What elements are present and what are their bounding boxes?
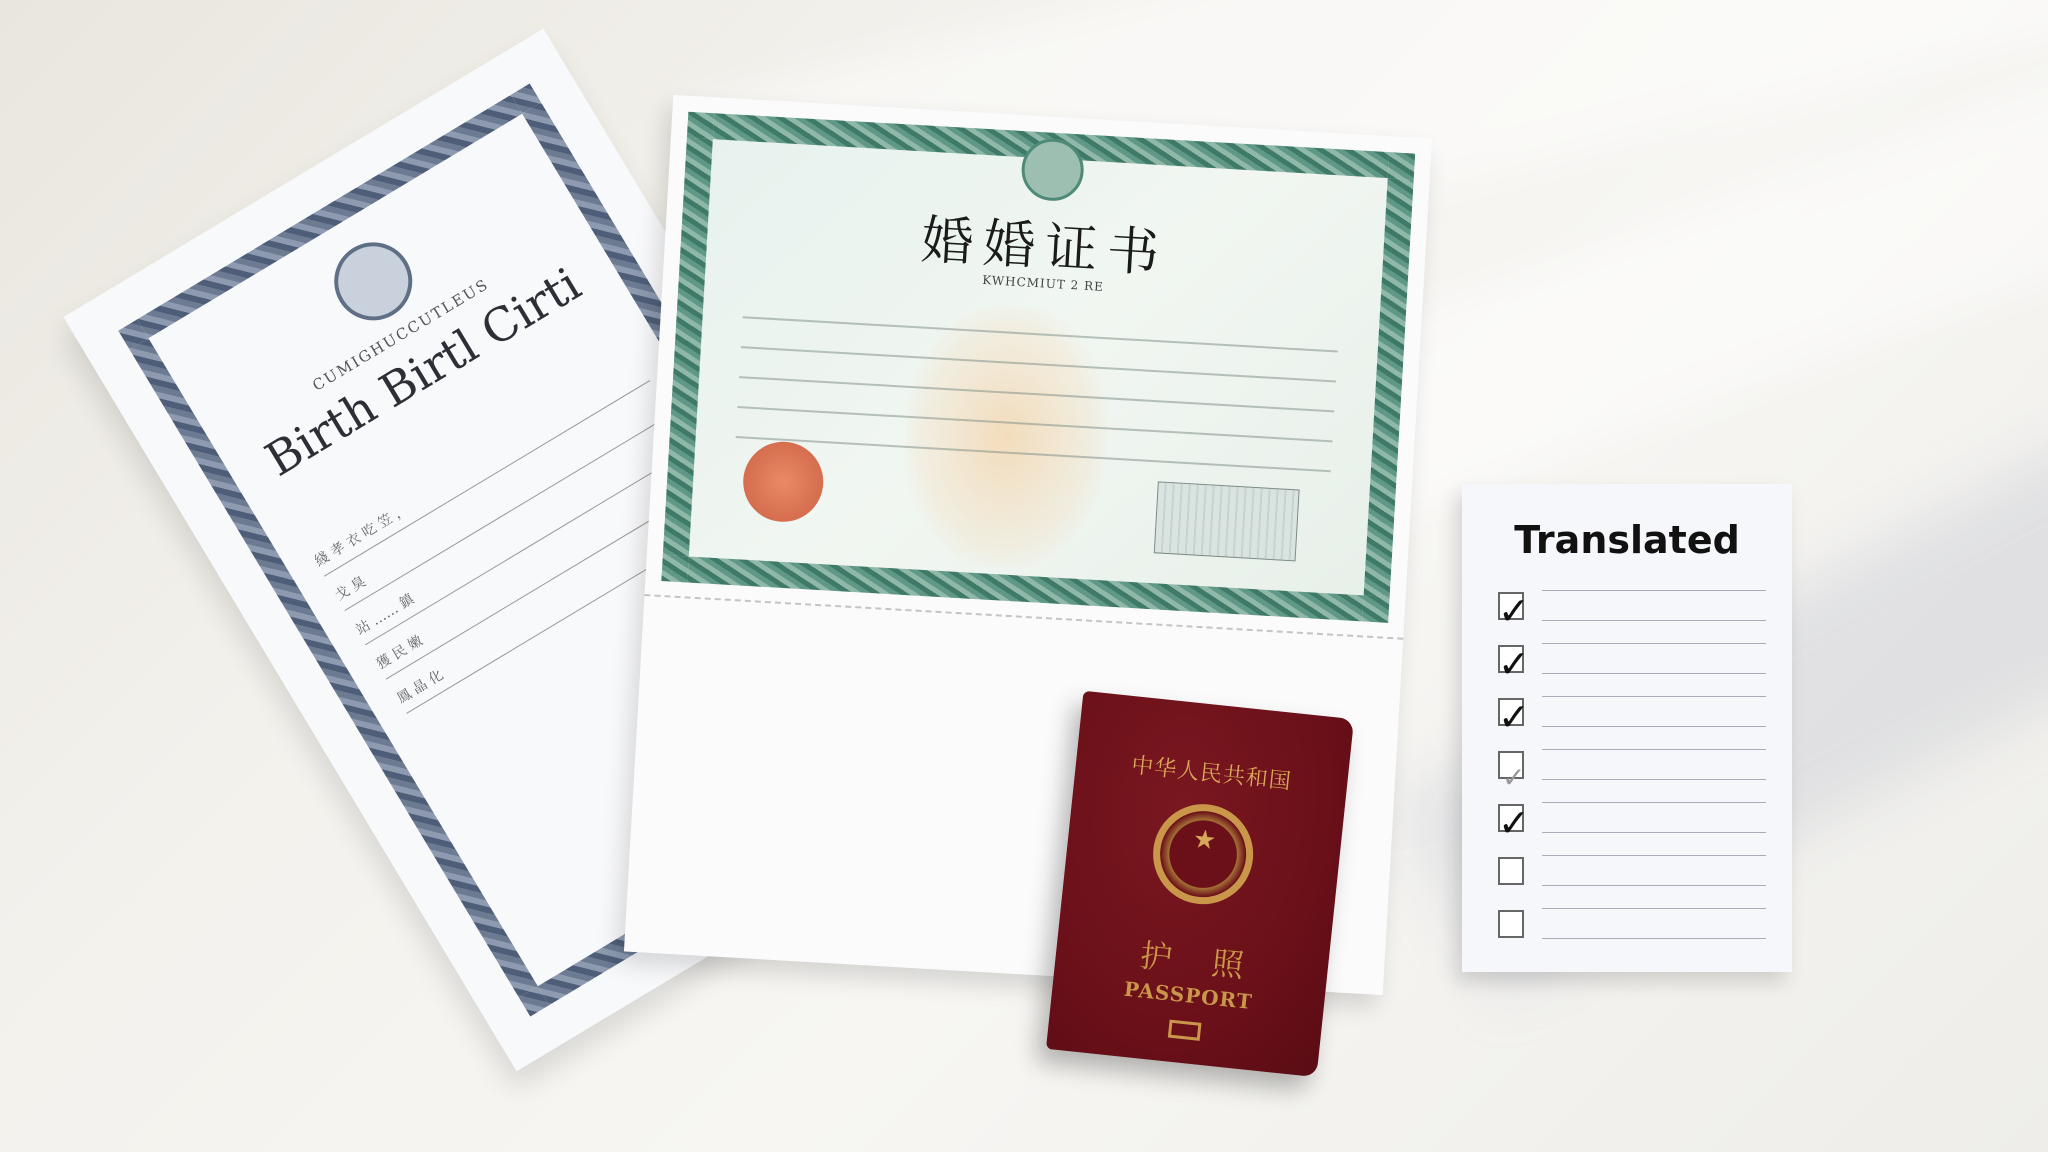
empty-checkbox-icon xyxy=(1498,910,1524,938)
biometric-chip-icon xyxy=(1168,1020,1202,1041)
passport: 中华人民共和国 护照 PASSPORT xyxy=(1046,691,1354,1077)
ruled-line xyxy=(1542,802,1766,803)
checklist-item: ✓ xyxy=(1498,580,1766,633)
emblem-icon xyxy=(1020,137,1085,202)
checklist-heading: Translated xyxy=(1462,518,1792,562)
watermark xyxy=(899,301,1114,572)
checkbox-checked-icon: ✓ xyxy=(1498,804,1524,832)
ruled-line xyxy=(1542,908,1766,909)
checkbox-checked-icon: ✓ xyxy=(1498,592,1524,620)
red-stamp-icon xyxy=(741,440,825,524)
passport-country: 中华人民共和国 xyxy=(1075,742,1349,801)
certificate-panel: 婚婚证书 KWHCMIUT 2 RE xyxy=(661,112,1415,623)
checklist-item: ✓ xyxy=(1498,686,1766,739)
empty-checkbox-icon xyxy=(1498,857,1524,885)
checklist-item xyxy=(1498,845,1766,898)
checkmark-icon: ✓ xyxy=(1498,645,1530,683)
checklist-item: ✓ xyxy=(1498,792,1766,845)
ruled-line xyxy=(1542,696,1766,697)
ruled-line xyxy=(1542,779,1766,780)
ruled-line xyxy=(1542,749,1766,750)
checkmark-icon: ✓ xyxy=(1498,804,1530,842)
ruled-line xyxy=(1542,885,1766,886)
ruled-line xyxy=(1542,726,1766,727)
checkmark-icon: ✓ xyxy=(1498,698,1530,736)
checklist-items: ✓✓✓✓✓ xyxy=(1498,580,1766,951)
checkmark-icon: ✓ xyxy=(1498,592,1530,630)
ruled-line xyxy=(1542,855,1766,856)
checklist-item: ✓ xyxy=(1498,739,1766,792)
checkbox-checked-icon: ✓ xyxy=(1498,698,1524,726)
photo-box xyxy=(1154,481,1300,561)
checkbox-checked-icon: ✓ xyxy=(1498,751,1524,779)
national-emblem-icon xyxy=(1148,799,1258,909)
ruled-line xyxy=(1542,620,1766,621)
checkbox-checked-icon: ✓ xyxy=(1498,645,1524,673)
checklist-item: ✓ xyxy=(1498,633,1766,686)
ruled-line xyxy=(1542,590,1766,591)
ruled-line xyxy=(1542,673,1766,674)
translation-checklist: Translated ✓✓✓✓✓ xyxy=(1462,484,1792,972)
checklist-item xyxy=(1498,898,1766,951)
ruled-line xyxy=(1542,832,1766,833)
ruled-line xyxy=(1542,643,1766,644)
ruled-line xyxy=(1542,938,1766,939)
